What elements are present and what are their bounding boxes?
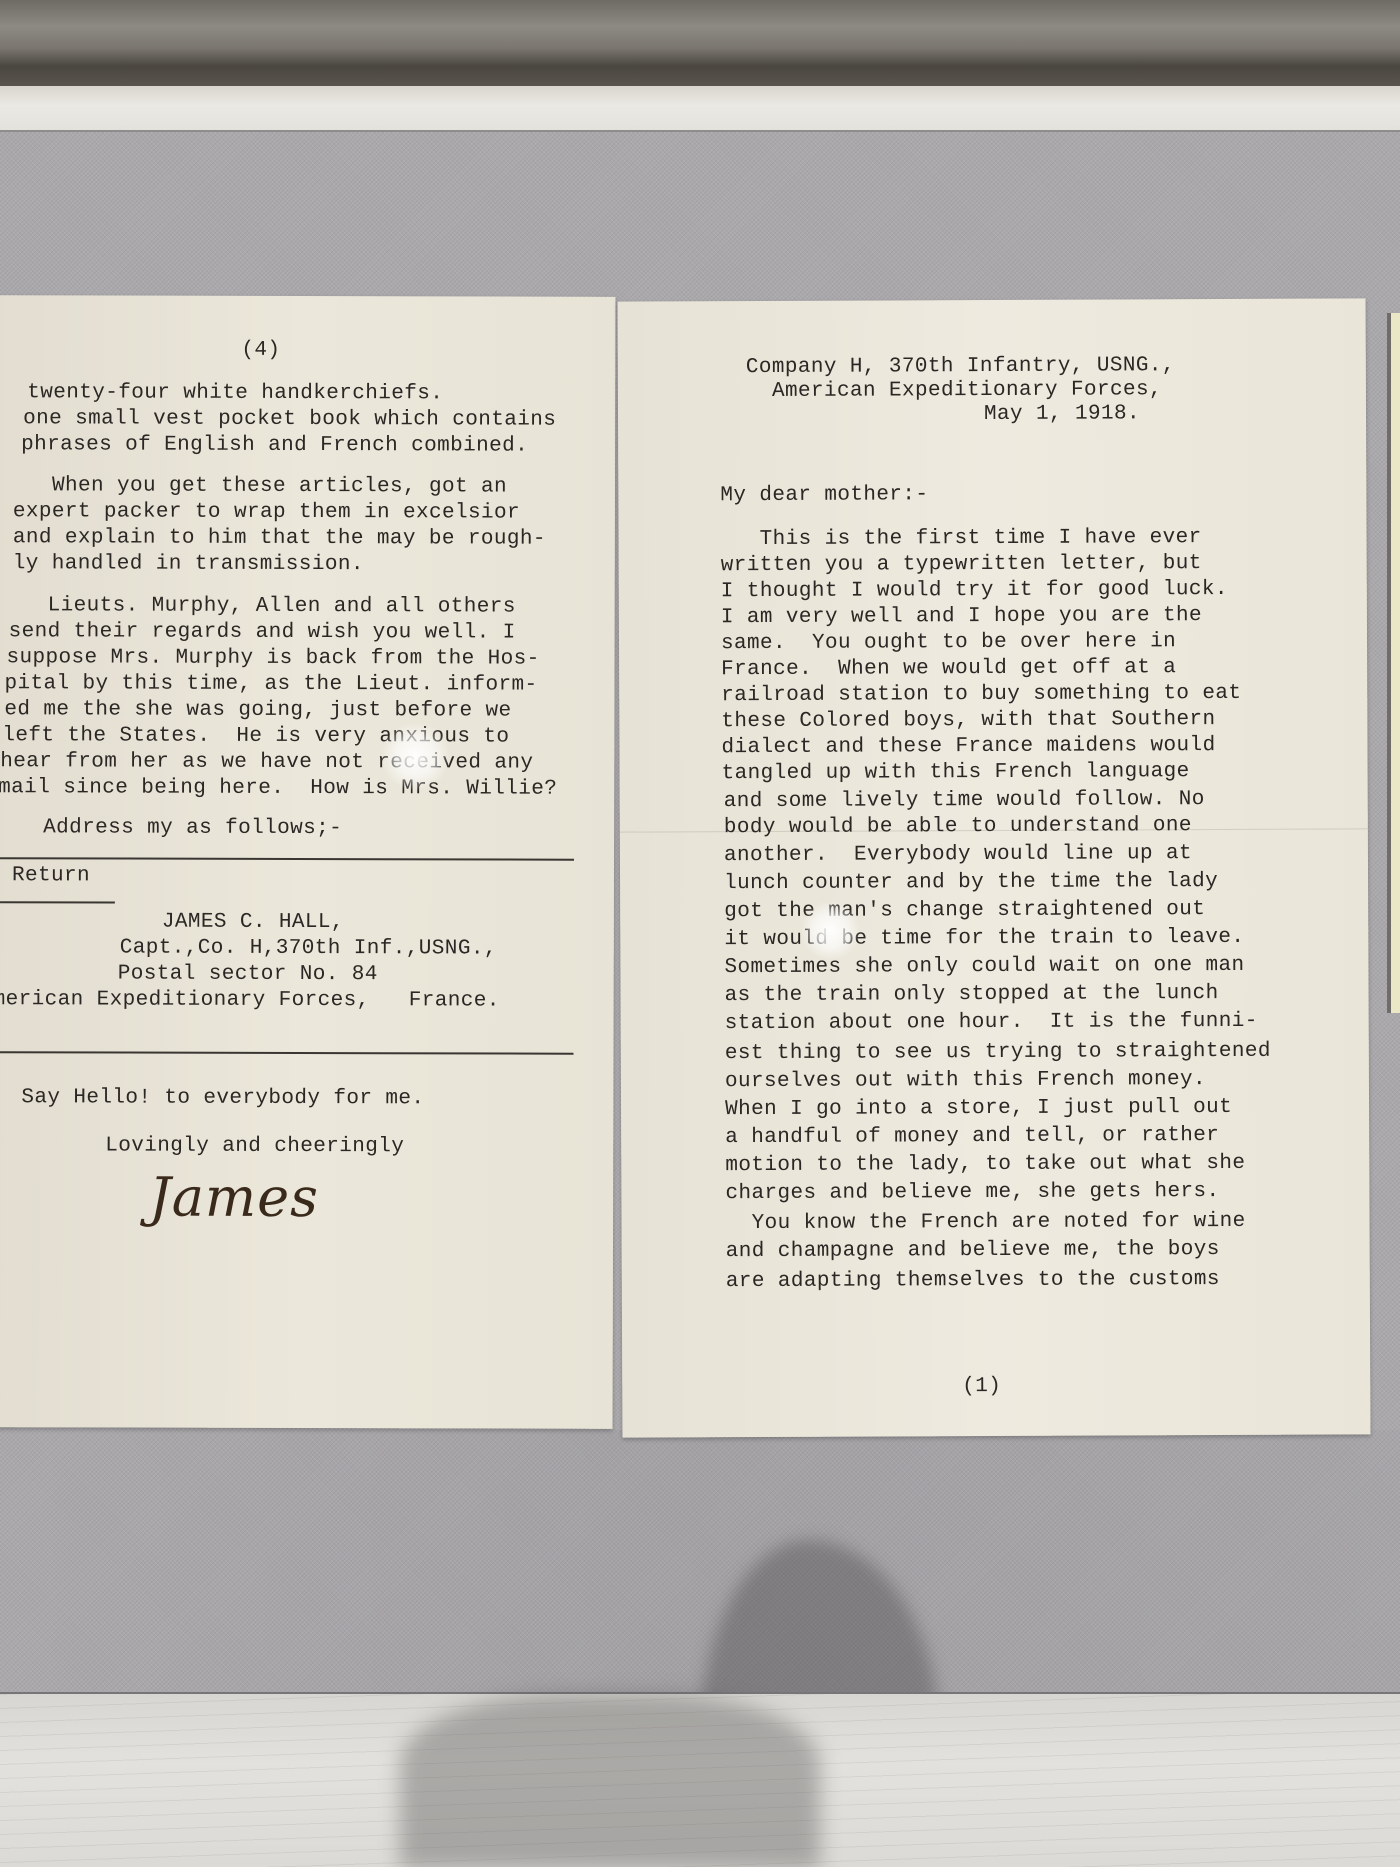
- text-line: I thought I would try it for good luck.: [721, 577, 1228, 605]
- text-line: I am very well and I hope you are the: [721, 603, 1202, 631]
- text-line: You know the French are noted for wine: [725, 1209, 1245, 1237]
- text-line: motion to the lady, to take out what she: [725, 1151, 1245, 1179]
- divider-line: [0, 1051, 574, 1055]
- text-line: ourselves out with this French money.: [725, 1067, 1206, 1095]
- text-line: charges and believe me, she gets hers.: [725, 1179, 1219, 1207]
- glass-reflection: [800, 901, 860, 961]
- text-line: When you get these articles, got an: [13, 473, 507, 500]
- text-line: station about one hour. It is the funni-: [725, 1009, 1258, 1037]
- text-line: and some lively time would follow. No: [724, 787, 1205, 815]
- text-line: hear from her as we have not received an…: [0, 749, 533, 776]
- handwritten-signature: James: [149, 1166, 319, 1229]
- text-line: and champagne and believe me, the boys: [726, 1237, 1220, 1265]
- address-unit: Capt.,Co. H,370th Inf.,USNG.,: [120, 936, 497, 963]
- letter-page-4: (4) twenty-four white handkerchiefs. one…: [0, 295, 615, 1429]
- text-line: twenty-four white handkerchiefs.: [27, 380, 443, 407]
- text-line: railroad station to buy something to eat: [721, 681, 1241, 709]
- text-line: pital by this time, as the Lieut. inform…: [4, 671, 537, 698]
- display-case-lip: [0, 86, 1400, 132]
- text-line: are adapting themselves to the customs: [726, 1267, 1220, 1295]
- glass-reflection: [380, 721, 450, 791]
- letter-page-1: Company H, 370th Infantry, USNG., Americ…: [618, 298, 1371, 1437]
- text-line: mail since being here. How is Mrs. Willi…: [0, 775, 557, 802]
- text-line: suppose Mrs. Murphy is back from the Hos…: [6, 645, 539, 672]
- page-number: (1): [962, 1374, 1001, 1400]
- text-line: ly handled in transmission.: [13, 551, 364, 578]
- address-name: JAMES C. HALL,: [162, 910, 344, 936]
- text-line: Sometimes she only could wait on one man: [724, 953, 1244, 981]
- address-forces: American Expeditionary Forces, France.: [0, 987, 500, 1014]
- photographer-shadow: [400, 1694, 820, 1867]
- divider-line: [0, 857, 574, 861]
- text-line: France. When we would get off at a: [721, 655, 1176, 683]
- text-line: and explain to him that the may be rough…: [13, 525, 546, 552]
- text-line: ed me the she was going, just before we: [4, 697, 511, 724]
- mat-shading: [0, 1430, 1400, 1692]
- text-line: phrases of English and French combined.: [21, 432, 528, 459]
- text-line: one small vest pocket book which contain…: [23, 406, 556, 433]
- text-line: as the train only stopped at the lunch: [725, 981, 1219, 1009]
- text-line: lunch counter and by the time the lady: [724, 869, 1218, 897]
- text-line: This is the first time I have ever: [721, 525, 1202, 553]
- text-line: Lieuts. Murphy, Allen and all others: [9, 593, 516, 620]
- text-line: body would be able to understand one: [724, 813, 1192, 841]
- letter-date: May 1, 1918.: [984, 401, 1140, 428]
- text-line: another. Everybody would line up at: [724, 841, 1192, 869]
- text-line: a handful of money and tell, or rather: [725, 1123, 1219, 1151]
- address-postal: Postal sector No. 84: [118, 962, 378, 989]
- text-line: Address my as follows;-: [4, 815, 342, 842]
- closing-greeting: Say Hello! to everybody for me.: [21, 1085, 424, 1112]
- text-line: expert packer to wrap them in excelsior: [13, 499, 520, 526]
- display-case-frame: [0, 0, 1400, 88]
- text-line: When I go into a store, I just pull out: [725, 1095, 1232, 1123]
- text-line: dialect and these France maidens would: [721, 733, 1215, 761]
- adjacent-page-edge: [1387, 313, 1400, 1013]
- return-underline: [0, 901, 115, 903]
- text-line: got the man's change straightened out: [724, 897, 1205, 925]
- page-number: (4): [241, 338, 280, 364]
- text-line: est thing to see us trying to straighten…: [725, 1039, 1271, 1067]
- return-label: Return: [12, 863, 90, 889]
- text-line: tangled up with this French language: [722, 759, 1190, 787]
- salutation: My dear mother:-: [720, 482, 928, 509]
- text-line: same. You ought to be over here in: [721, 629, 1176, 657]
- text-line: these Colored boys, with that Southern: [721, 707, 1215, 735]
- valediction: Lovingly and cheeringly: [105, 1133, 404, 1160]
- display-ledge: [0, 1692, 1400, 1867]
- text-line: send their regards and wish you well. I: [9, 619, 516, 646]
- text-line: written you a typewritten letter, but: [721, 551, 1202, 579]
